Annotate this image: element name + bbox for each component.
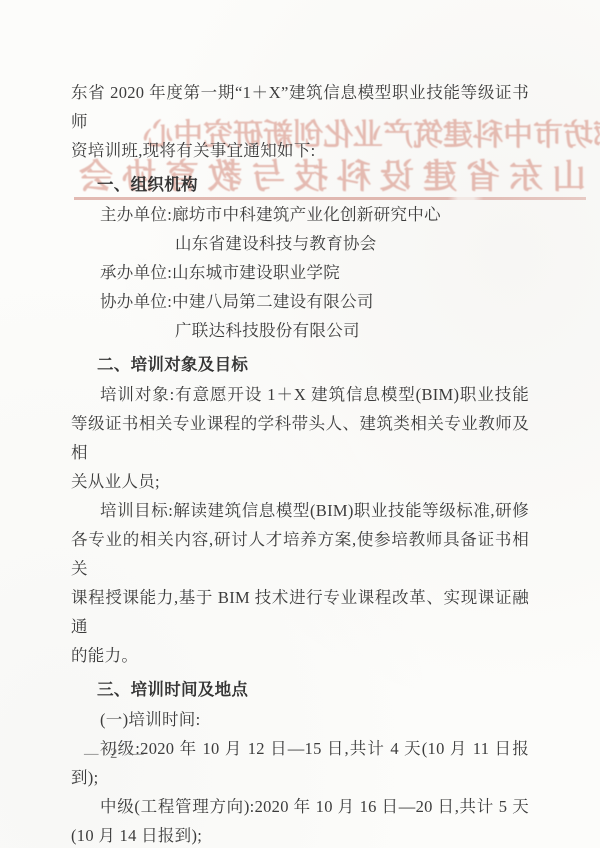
doc-line: 中级(工程管理方向):2020 年 10 月 16 日—20 日,共计 5 天 <box>71 792 529 821</box>
doc-line-co-org: 协办单位:中建八局第二建设有限公司 <box>71 287 529 316</box>
doc-line: 各专业的相关内容,研讨人才培养方案,使参培教师具备证书相关 <box>71 525 529 583</box>
doc-line-host-org: 主办单位:廊坊市中科建筑产业化创新研究中心 <box>71 200 529 229</box>
doc-line-co-org-2: 广联达科技股份有限公司 <box>71 316 529 345</box>
doc-line: 东省 2020 年度第一期“1＋X”建筑信息模型职业技能等级证书师 <box>71 78 529 136</box>
doc-line: 培训目标:解读建筑信息模型(BIM)职业技能等级标准,研修 <box>71 496 529 525</box>
doc-line: 等级证书相关专业课程的学科带头人、建筑类相关专业教师及相 <box>71 409 529 467</box>
doc-line: 到); <box>71 763 529 792</box>
doc-line: 资培训班,现将有关事宜通知如下: <box>71 136 529 165</box>
section-heading-2: 二、培训对象及目标 <box>71 351 529 380</box>
doc-line: 课程授课能力,基于 BIM 技术进行专业课程改革、实现课证融通 <box>71 583 529 641</box>
page-number: — 2 — <box>84 746 148 763</box>
doc-line: 培训对象:有意愿开设 1＋X 建筑信息模型(BIM)职业技能 <box>71 380 529 409</box>
section-heading-1: 一、组织机构 <box>71 171 529 200</box>
doc-line: 关从业人员; <box>71 467 529 496</box>
scanned-document-page: 廊坊市中科建筑产业化创新研究中心 山东省建设科技与教育协会 东省 2020 年度… <box>0 0 600 848</box>
document-body: 东省 2020 年度第一期“1＋X”建筑信息模型职业技能等级证书师 资培训班,现… <box>71 78 529 848</box>
doc-line: 的能力。 <box>71 641 529 670</box>
doc-line-host-org-2: 山东省建设科技与教育协会 <box>71 229 529 258</box>
doc-line-undertaker: 承办单位:山东城市建设职业学院 <box>71 258 529 287</box>
doc-subheading-time: (一)培训时间: <box>71 705 529 734</box>
section-heading-3: 三、培训时间及地点 <box>71 676 529 705</box>
doc-line: (10 月 14 日报到); <box>71 821 529 848</box>
